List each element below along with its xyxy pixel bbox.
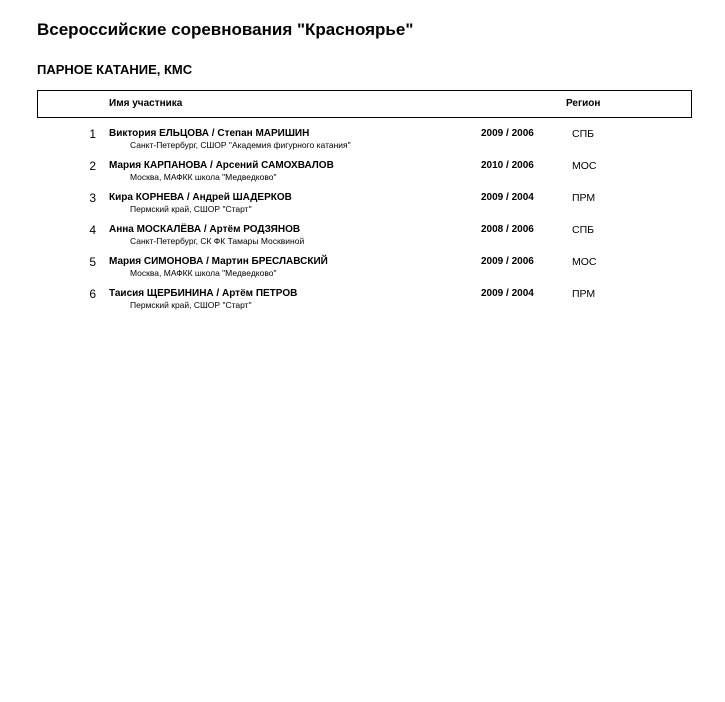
club-name: Пермский край, СШОР "Старт"	[130, 300, 252, 310]
place-number: 4	[78, 223, 96, 237]
birth-years: 2009 / 2004	[481, 288, 534, 299]
birth-years: 2010 / 2006	[481, 160, 534, 171]
pair-names: Виктория ЕЛЬЦОВА / Степан МАРИШИН	[109, 128, 309, 139]
region-code: СПБ	[572, 224, 594, 236]
place-number: 5	[78, 255, 96, 269]
place-number: 6	[78, 287, 96, 301]
region-code: ПРМ	[572, 192, 595, 204]
place-number: 1	[78, 127, 96, 141]
birth-years: 2009 / 2006	[481, 128, 534, 139]
table-row: 2Мария КАРПАНОВА / Арсений САМОХВАЛОВМос…	[0, 159, 725, 189]
category-title: ПАРНОЕ КАТАНИЕ, КМС	[37, 62, 192, 77]
region-code: МОС	[572, 160, 597, 172]
club-name: Санкт-Петербург, СК ФК Тамары Москвиной	[130, 236, 304, 246]
club-name: Пермский край, СШОР "Старт"	[130, 204, 252, 214]
pair-names: Таисия ЩЕРБИНИНА / Артём ПЕТРОВ	[109, 288, 297, 299]
club-name: Москва, МАФКК школа "Медведково"	[130, 268, 276, 278]
region-code: МОС	[572, 256, 597, 268]
birth-years: 2009 / 2004	[481, 192, 534, 203]
table-row: 4Анна МОСКАЛЁВА / Артём РОДЗЯНОВСанкт-Пе…	[0, 223, 725, 253]
table-row: 3Кира КОРНЕВА / Андрей ШАДЕРКОВПермский …	[0, 191, 725, 221]
region-code: ПРМ	[572, 288, 595, 300]
birth-years: 2008 / 2006	[481, 224, 534, 235]
table-row: 5Мария СИМОНОВА / Мартин БРЕСЛАВСКИЙМоск…	[0, 255, 725, 285]
club-name: Москва, МАФКК школа "Медведково"	[130, 172, 276, 182]
place-number: 2	[78, 159, 96, 173]
pair-names: Кира КОРНЕВА / Андрей ШАДЕРКОВ	[109, 192, 292, 203]
table-row: 1Виктория ЕЛЬЦОВА / Степан МАРИШИНСанкт-…	[0, 127, 725, 157]
birth-years: 2009 / 2006	[481, 256, 534, 267]
header-name: Имя участника	[109, 98, 182, 109]
pair-names: Мария КАРПАНОВА / Арсений САМОХВАЛОВ	[109, 160, 334, 171]
place-number: 3	[78, 191, 96, 205]
header-region: Регион	[566, 98, 600, 109]
club-name: Санкт-Петербург, СШОР "Академия фигурног…	[130, 140, 351, 150]
page-title: Всероссийские соревнования "Красноярье"	[37, 20, 413, 40]
table-header: Имя участника Регион	[37, 90, 692, 118]
pair-names: Анна МОСКАЛЁВА / Артём РОДЗЯНОВ	[109, 224, 300, 235]
region-code: СПБ	[572, 128, 594, 140]
pair-names: Мария СИМОНОВА / Мартин БРЕСЛАВСКИЙ	[109, 256, 328, 267]
table-row: 6Таисия ЩЕРБИНИНА / Артём ПЕТРОВПермский…	[0, 287, 725, 317]
